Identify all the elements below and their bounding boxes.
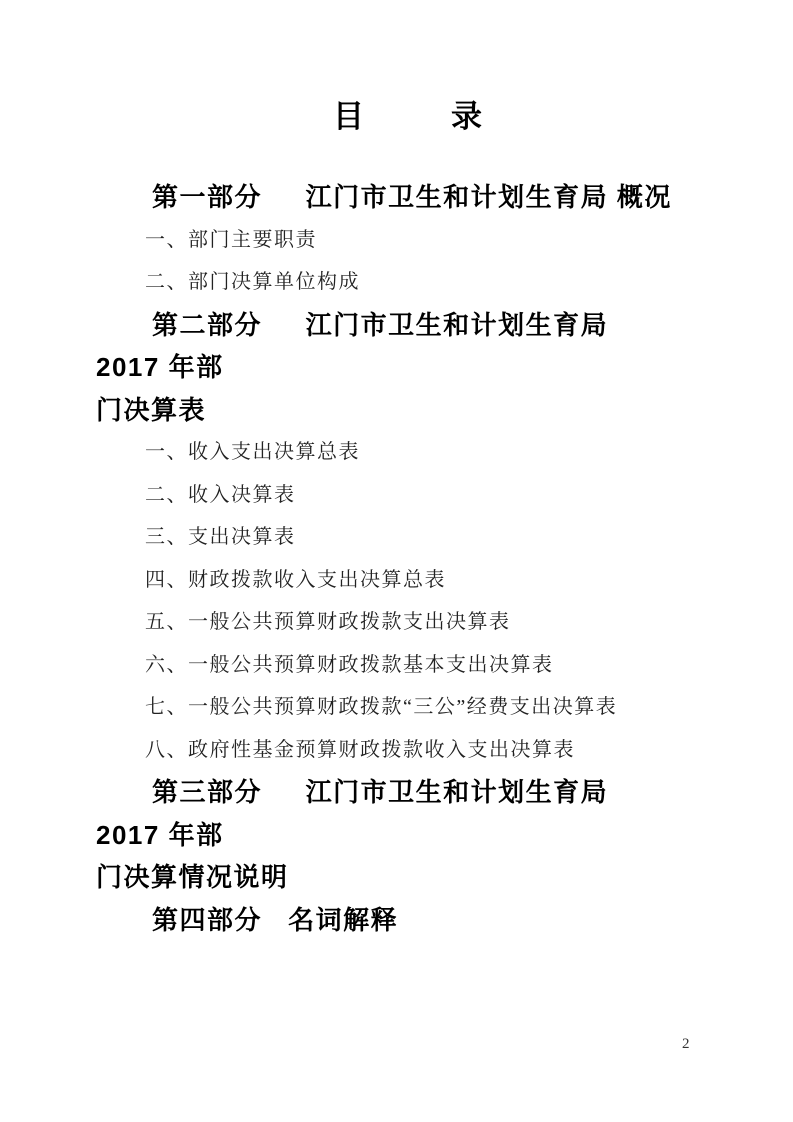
toc-section-heading: 第三部分 江门市卫生和计划生育局 2017 年部 门决算情况说明	[96, 771, 677, 899]
toc-item: 三、支出决算表	[96, 516, 677, 559]
toc-item: 四、财政拨款收入支出决算总表	[96, 559, 677, 602]
toc-section-heading: 第一部分 江门市卫生和计划生育局 概况	[96, 176, 677, 219]
toc-item: 一、收入支出决算总表	[96, 431, 677, 474]
toc-item: 六、一般公共预算财政拨款基本支出决算表	[96, 644, 677, 687]
toc-item: 二、部门决算单位构成	[96, 261, 677, 304]
document-page: 目 录 第一部分 江门市卫生和计划生育局 概况一、部门主要职责二、部门决算单位构…	[0, 0, 793, 1122]
toc-item: 八、政府性基金预算财政拨款收入支出决算表	[96, 729, 677, 772]
toc-item: 七、一般公共预算财政拨款“三公”经费支出决算表	[96, 686, 677, 729]
toc-item: 五、一般公共预算财政拨款支出决算表	[96, 601, 677, 644]
toc-content: 目 录 第一部分 江门市卫生和计划生育局 概况一、部门主要职责二、部门决算单位构…	[0, 0, 793, 941]
toc-section-heading: 第四部分 名词解释	[96, 899, 677, 942]
toc-sections: 第一部分 江门市卫生和计划生育局 概况一、部门主要职责二、部门决算单位构成第二部…	[96, 176, 677, 941]
page-number: 2	[682, 1034, 690, 1054]
document-title: 目 录	[118, 95, 699, 139]
toc-item: 二、收入决算表	[96, 474, 677, 517]
toc-item: 一、部门主要职责	[96, 219, 677, 262]
toc-section-heading: 第二部分 江门市卫生和计划生育局 2017 年部 门决算表	[96, 304, 677, 432]
